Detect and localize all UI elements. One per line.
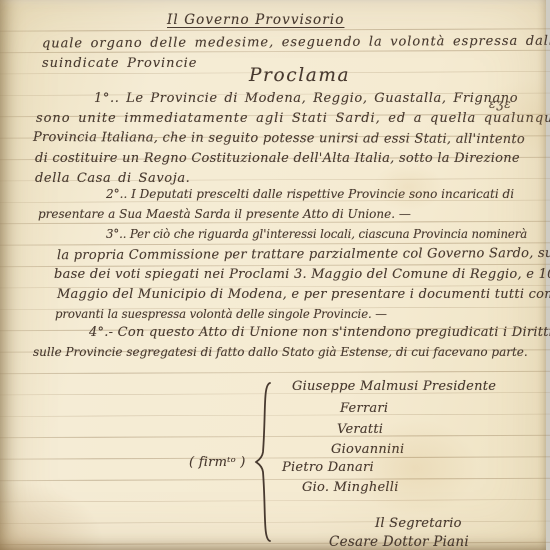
- proclama-title: Proclama: [249, 66, 350, 87]
- signature-name: Ferrari: [340, 402, 388, 417]
- body-line: della Casa di Savoja.: [35, 172, 190, 187]
- body-line: 4°.- Con questo Atto di Unione non s'int…: [89, 326, 550, 341]
- body-line: di costituire un Regno Costituzionale de…: [35, 152, 520, 167]
- signed-label: ( firmᵗᵒ ): [189, 456, 246, 471]
- secretary-title: Il Segretario: [375, 517, 462, 532]
- body-line: 2°.. I Deputati prescelti dalle rispetti…: [106, 188, 514, 201]
- signature-name: Veratti: [337, 423, 383, 438]
- body-line: la propria Commissione per trattare parz…: [57, 247, 550, 264]
- body-line: provanti la suespressa volontà delle sin…: [55, 308, 387, 321]
- signature-name: Pietro Danari: [282, 461, 374, 476]
- secretary-name: Cesare Dottor Piani: [329, 535, 469, 550]
- signature-name: Giovannini: [331, 443, 404, 458]
- signature-name: Gio. Minghelli: [302, 481, 399, 496]
- signature-name: Giuseppe Malmusi Presidente: [292, 380, 496, 395]
- body-line: 1°.. Le Provincie di Modena, Reggio, Gua…: [94, 92, 518, 107]
- manuscript-photo: { "palette": { "paper": "#f3e9cf", "ink"…: [0, 0, 550, 550]
- heading-governo-provvisorio: Il Governo Provvisorio: [167, 13, 344, 28]
- body-line: Provincia Italiana, che in seguito potes…: [33, 131, 525, 148]
- body-line: sulle Provincie segregatesi di fatto dal…: [33, 346, 528, 359]
- body-line: Maggio del Municipio di Modena, e per pr…: [57, 288, 550, 303]
- body-line: 3°.. Per ciò che riguarda gl'interessi l…: [106, 228, 527, 241]
- manuscript-page: Il Governo Provvisorio quale organo dell…: [0, 0, 546, 550]
- body-line: sono unite immediatamente agli Stati Sar…: [36, 112, 550, 127]
- signature-brace: [254, 382, 272, 542]
- intro-line-2: suindicate Provincie: [42, 57, 197, 72]
- intro-line-1: quale organo delle medesime, eseguendo l…: [42, 35, 550, 52]
- body-line: base dei voti spiegati nei Proclami 3. M…: [54, 268, 550, 283]
- body-line: presentare a Sua Maestà Sarda il present…: [38, 208, 411, 221]
- etcetera-flourish: ɛʒɛ: [489, 98, 512, 111]
